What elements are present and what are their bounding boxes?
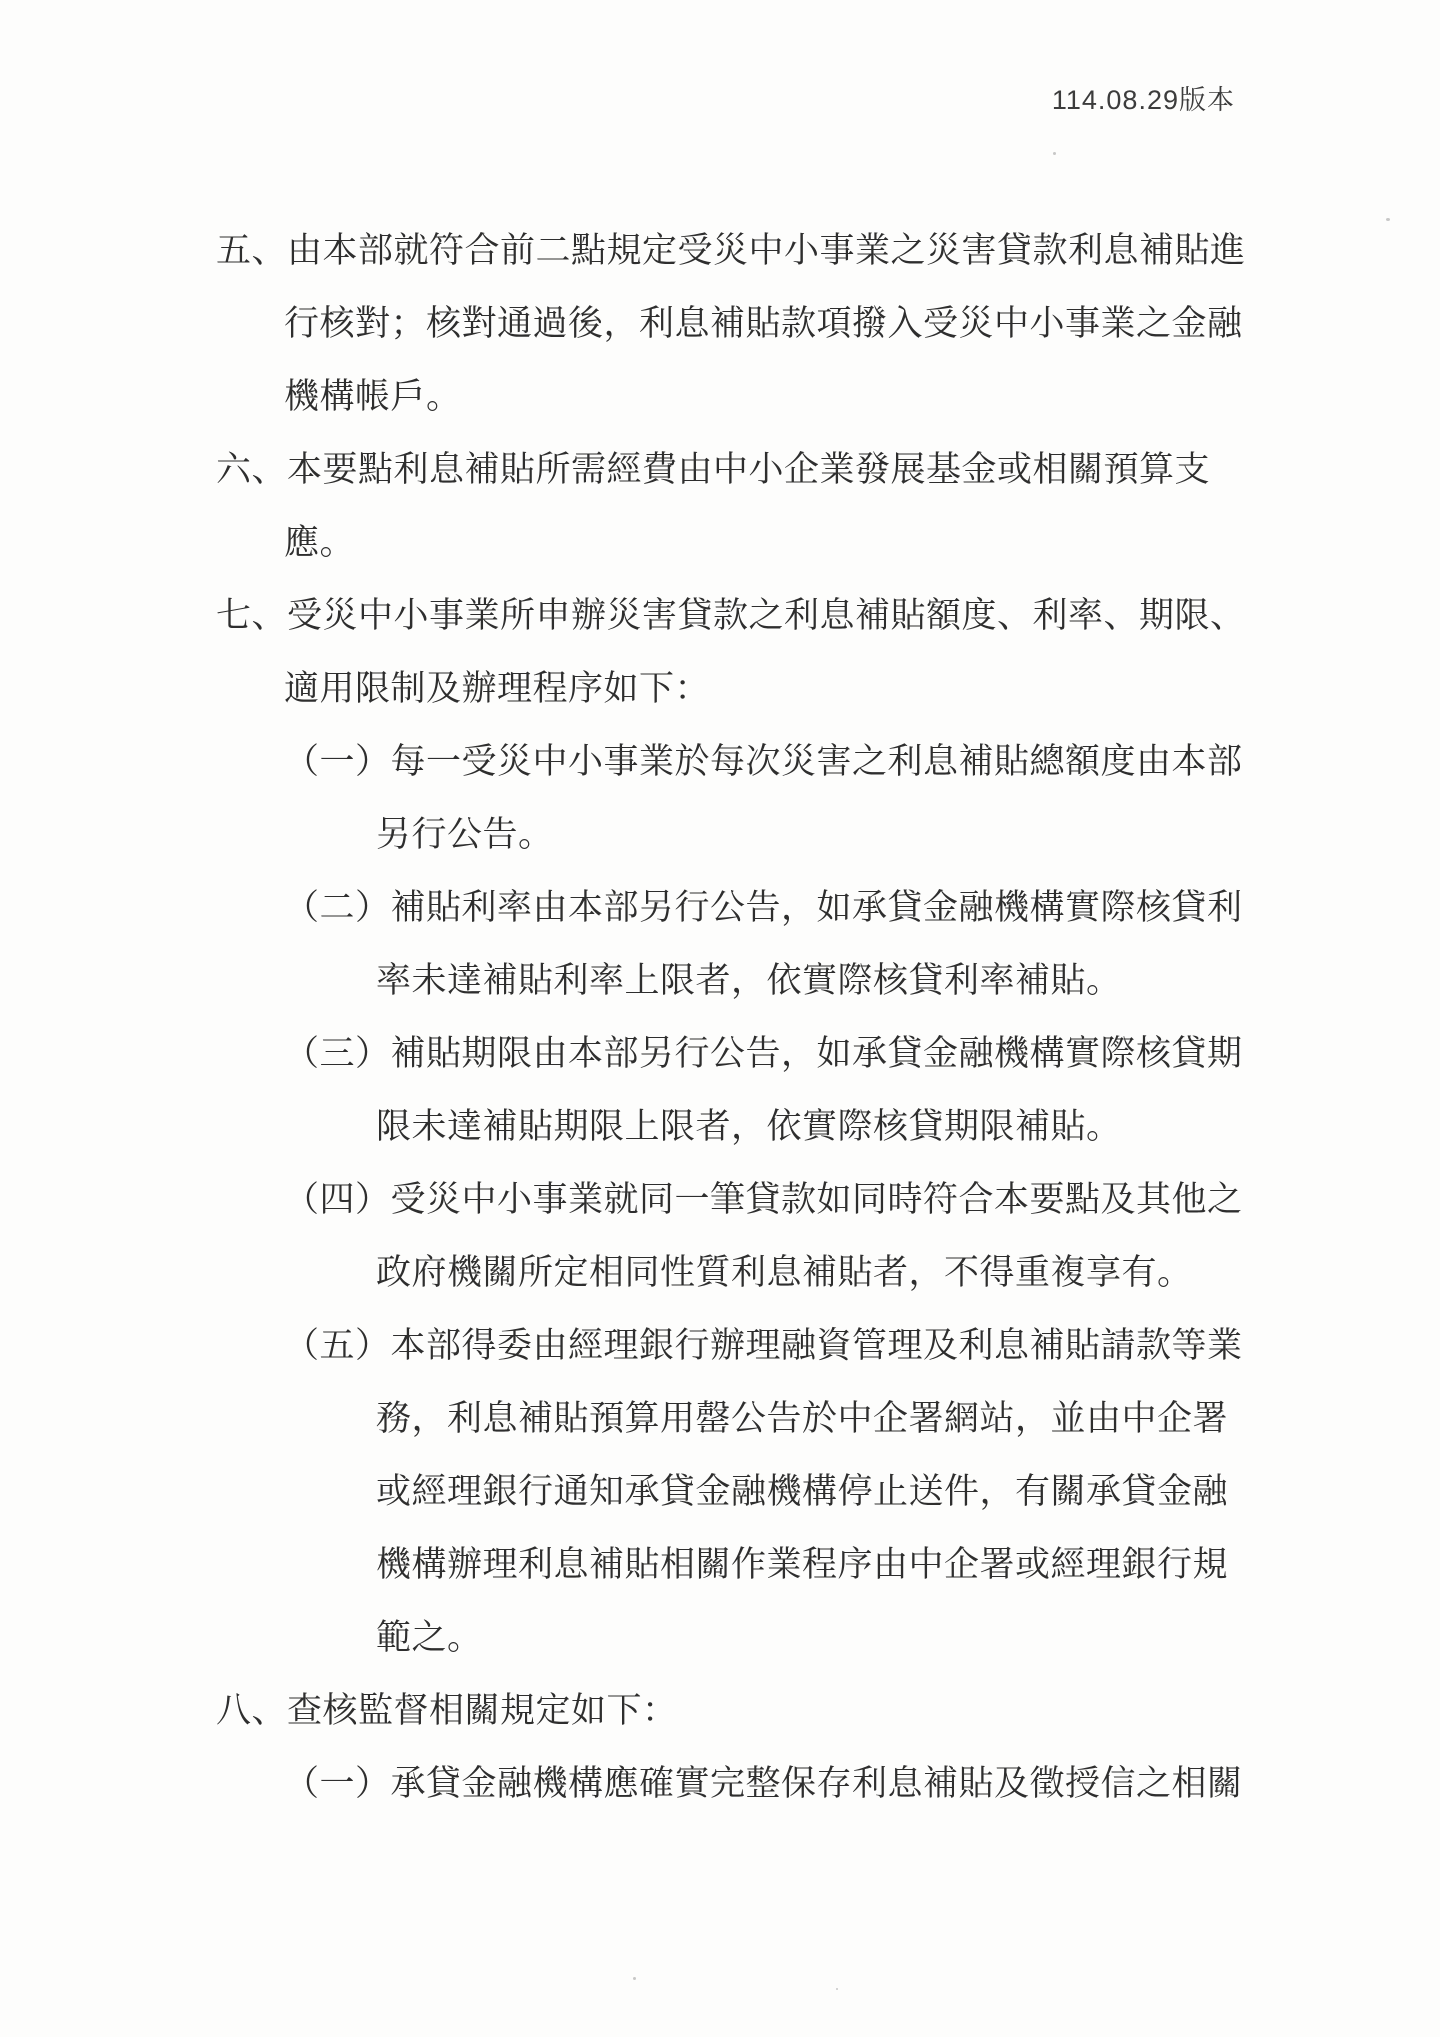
document-line: 限未達補貼期限上限者，依實際核貸期限補貼。 <box>0 1091 1440 1164</box>
document-line: 應。 <box>0 507 1440 580</box>
document-line: （四）受災中小事業就同一筆貸款如同時符合本要點及其他之 <box>0 1164 1440 1237</box>
version-label: 114.08.29版本 <box>1052 84 1235 116</box>
document-line: 適用限制及辦理程序如下： <box>0 653 1440 726</box>
document-line: （一）承貸金融機構應確實完整保存利息補貼及徵授信之相關 <box>0 1748 1440 1821</box>
document-line: 八、查核監督相關規定如下： <box>0 1675 1440 1748</box>
scan-speck <box>836 1988 838 1990</box>
document-line: 五、由本部就符合前二點規定受災中小事業之災害貸款利息補貼進 <box>0 215 1440 288</box>
document-line: 範之。 <box>0 1602 1440 1675</box>
document-line: （五）本部得委由經理銀行辦理融資管理及利息補貼請款等業 <box>0 1310 1440 1383</box>
scan-speck <box>1053 152 1056 155</box>
document-line: 或經理銀行通知承貸金融機構停止送件，有關承貸金融 <box>0 1456 1440 1529</box>
document-line: 另行公告。 <box>0 799 1440 872</box>
document-body: 五、由本部就符合前二點規定受災中小事業之災害貸款利息補貼進行核對；核對通過後，利… <box>0 215 1440 1821</box>
document-line: （一）每一受災中小事業於每次災害之利息補貼總額度由本部 <box>0 726 1440 799</box>
document-line: （三）補貼期限由本部另行公告，如承貸金融機構實際核貸期 <box>0 1018 1440 1091</box>
scanned-document-page: 114.08.29版本 五、由本部就符合前二點規定受災中小事業之災害貸款利息補貼… <box>0 0 1440 2037</box>
document-line: （二）補貼利率由本部另行公告，如承貸金融機構實際核貸利 <box>0 872 1440 945</box>
document-line: 機構辦理利息補貼相關作業程序由中企署或經理銀行規 <box>0 1529 1440 1602</box>
document-line: 七、受災中小事業所申辦災害貸款之利息補貼額度、利率、期限、 <box>0 580 1440 653</box>
document-line: 行核對；核對通過後，利息補貼款項撥入受災中小事業之金融 <box>0 288 1440 361</box>
document-line: 率未達補貼利率上限者，依實際核貸利率補貼。 <box>0 945 1440 1018</box>
scan-speck <box>633 1977 636 1980</box>
scan-speck <box>1386 218 1390 221</box>
document-line: 務，利息補貼預算用罄公告於中企署網站，並由中企署 <box>0 1383 1440 1456</box>
document-line: 機構帳戶。 <box>0 361 1440 434</box>
document-line: 六、本要點利息補貼所需經費由中小企業發展基金或相關預算支 <box>0 434 1440 507</box>
document-line: 政府機關所定相同性質利息補貼者，不得重複享有。 <box>0 1237 1440 1310</box>
